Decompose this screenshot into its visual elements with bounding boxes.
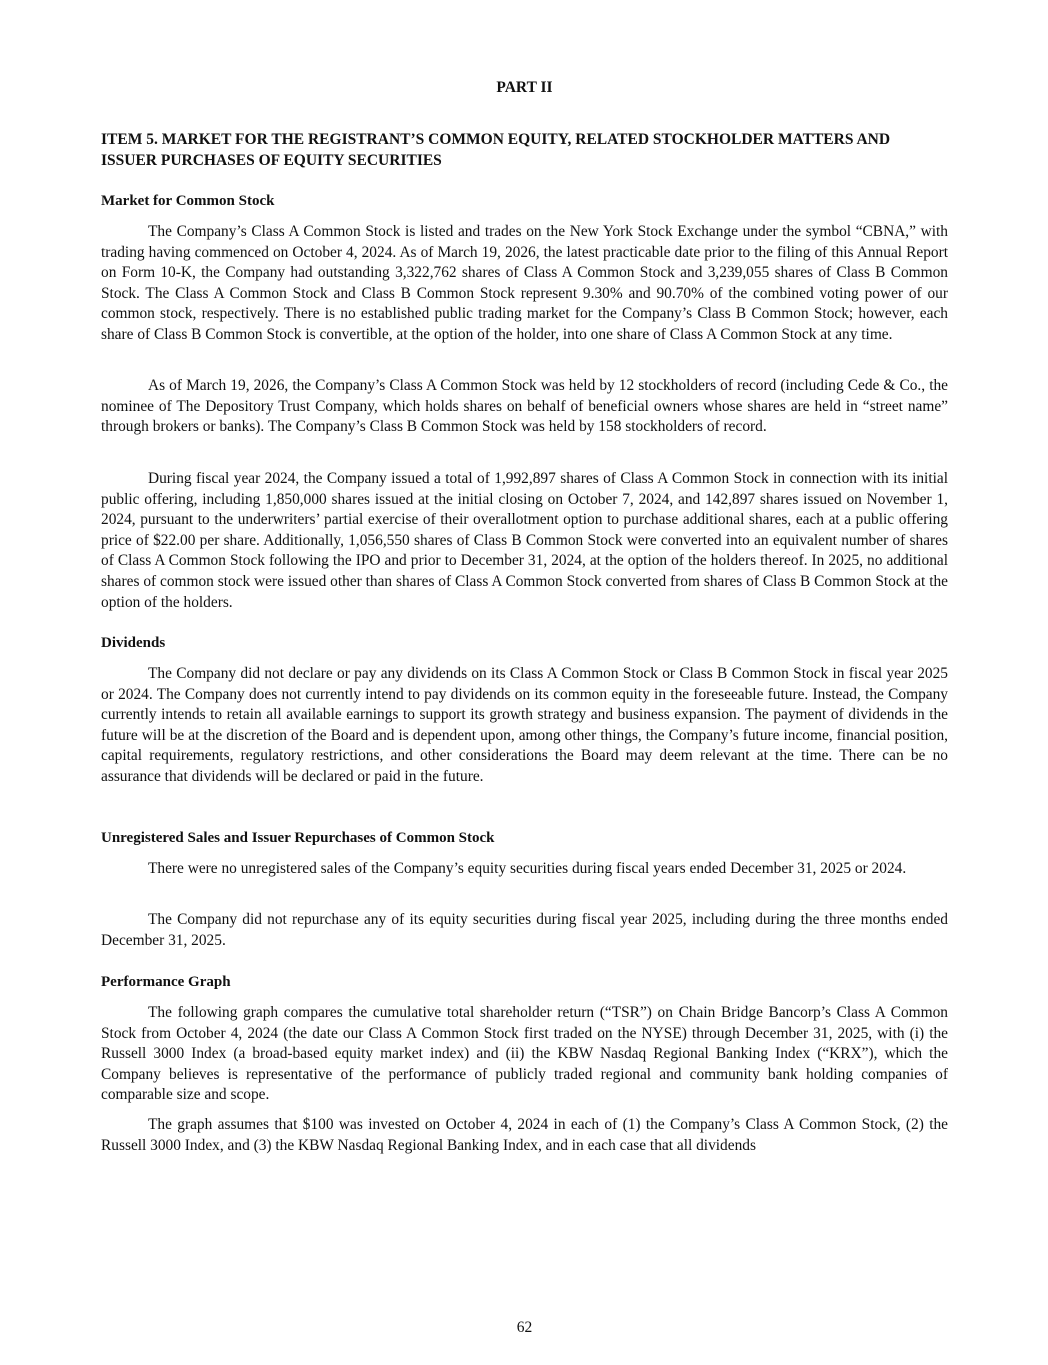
paragraph-ipo-issuance: During fiscal year 2024, the Company iss…: [101, 469, 948, 613]
part-title: PART II: [101, 78, 948, 98]
section-heading-performance-graph: Performance Graph: [101, 972, 231, 992]
paragraph-repurchases: The Company did not repurchase any of it…: [101, 910, 948, 951]
paragraph-unregistered-sales: There were no unregistered sales of the …: [101, 859, 948, 880]
page-number: 62: [101, 1318, 948, 1338]
item-title: ITEM 5. MARKET FOR THE REGISTRANT’S COMM…: [101, 130, 948, 171]
paragraph-stockholders-of-record: As of March 19, 2026, the Company’s Clas…: [101, 376, 948, 438]
section-heading-dividends: Dividends: [101, 633, 165, 653]
paragraph-performance-graph-description: The following graph compares the cumulat…: [101, 1003, 948, 1106]
section-heading-market-for-common-stock: Market for Common Stock: [101, 191, 274, 211]
paragraph-market-listing: The Company’s Class A Common Stock is li…: [101, 222, 948, 346]
section-heading-unregistered-sales: Unregistered Sales and Issuer Repurchase…: [101, 828, 495, 848]
paragraph-dividends: The Company did not declare or pay any d…: [101, 664, 948, 788]
paragraph-graph-assumptions: The graph assumes that $100 was invested…: [101, 1115, 948, 1156]
